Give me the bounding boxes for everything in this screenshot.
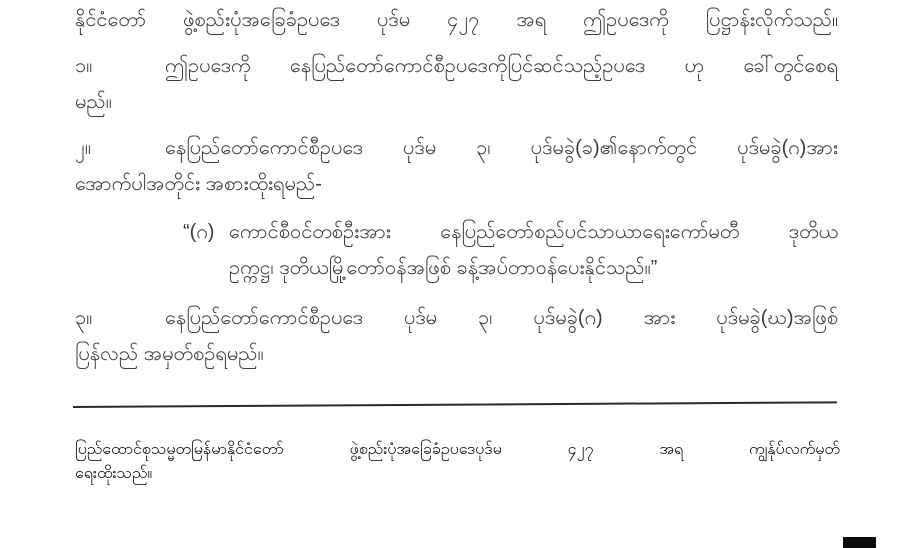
paragraph-3-line-1: နေပြည်တော်ကောင်စီဥပဒေ ပုဒ်မ ၃၊ ပုဒ်မခွဲ(… — [165, 300, 838, 336]
paragraph-1-line-2: မည်။ — [75, 84, 838, 120]
quote-clause-marker: “(ဂ) — [183, 214, 229, 250]
paragraph-1: ၁။ ဤဥပဒေကို နေပြည်တော်ကောင်စီဥပဒေကိုပြင်… — [75, 48, 838, 120]
paragraph-2-line-1: နေပြည်တော်ကောင်စီဥပဒေ ပုဒ်မ ၃၊ ပုဒ်မခွဲ(… — [165, 130, 838, 166]
quote-block: “(ဂ) ကောင်စီဝင်တစ်ဦးအား နေပြည်တော်စည်ပင်… — [183, 214, 838, 286]
quote-line-2: ဥက္ကဋ္ဌ၊ ဒုတိယမြို့တော်ဝန်အဖြစ် ခန့်အပ်တ… — [229, 250, 838, 286]
intro-line: နိုင်ငံတော် ဖွဲ့စည်းပုံအခြေခံဥပဒေ ပုဒ်မ … — [75, 2, 838, 38]
paragraph-2-line-2: အောက်ပါအတိုင်း အစားထိုးရမည်- — [75, 166, 838, 202]
paragraph-3-number: ၃။ — [75, 300, 165, 336]
paragraph-2-number: ၂။ — [75, 130, 165, 166]
closing-line-2: ရေးထိုးသည်။ — [75, 462, 840, 486]
paragraph-1-number: ၁။ — [75, 48, 165, 84]
closing-line-1: ပြည်ထောင်စုသမ္မတမြန်မာနိုင်ငံတော် ဖွဲ့စည… — [75, 438, 840, 462]
closing-statement: ပြည်ထောင်စုသမ္မတမြန်မာနိုင်ငံတော် ဖွဲ့စည… — [75, 438, 840, 486]
paragraph-3-line-2: ပြန်လည် အမှတ်စဉ်ရမည်။ — [75, 336, 838, 372]
paragraph-1-line-1: ဤဥပဒေကို နေပြည်တော်ကောင်စီဥပဒေကိုပြင်ဆင်… — [165, 48, 838, 84]
paragraph-3: ၃။ နေပြည်တော်ကောင်စီဥပဒေ ပုဒ်မ ၃၊ ပုဒ်မခ… — [75, 300, 838, 372]
quote-line-1: ကောင်စီဝင်တစ်ဦးအား နေပြည်တော်စည်ပင်သာယာရ… — [229, 214, 838, 250]
paragraph-2: ၂။ နေပြည်တော်ကောင်စီဥပဒေ ပုဒ်မ ၃၊ ပုဒ်မခ… — [75, 130, 838, 202]
scan-artifact — [843, 537, 876, 548]
